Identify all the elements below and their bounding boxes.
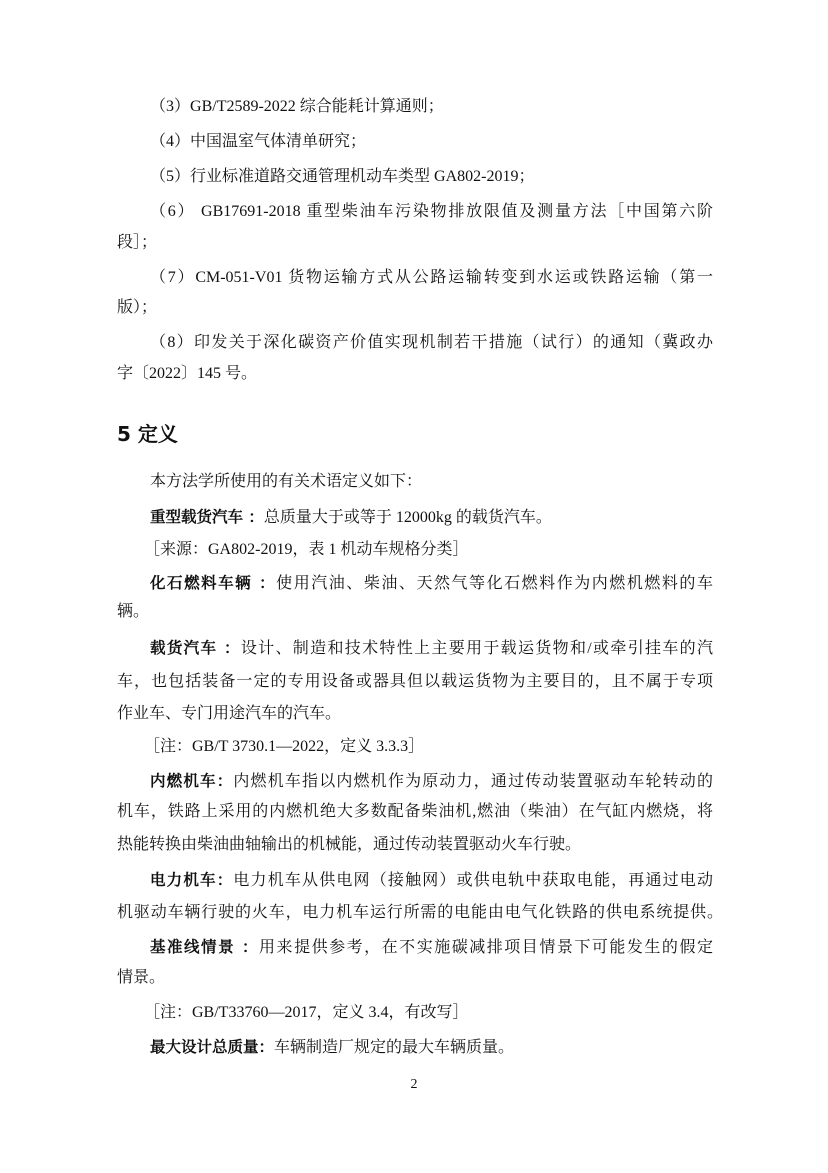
ref-label: （5）	[150, 168, 190, 185]
term-text: 设计、制造和技术特性上主要用于载运货物和/或牵引挂车的汽	[241, 640, 713, 657]
term-text: 用来提供参考，在不实施碳减排项目情景下可能发生的假定	[259, 939, 713, 956]
section-heading: 5 定义	[117, 422, 178, 446]
term-text: 使用汽油、柴油、天然气等化石燃料作为内燃机燃料的车	[276, 575, 713, 592]
ref-text: GB17691-2018 重型柴油车污染物排放限值及测量方法［中国第六阶	[195, 203, 713, 220]
ref-text: CM-051-V01 货物运输方式从公路运输转变到水运或铁路运输（第一	[195, 269, 713, 286]
term-name: 最大设计总质量	[150, 1038, 259, 1056]
term-text-cont: 机车，铁路上采用的内燃机绝大多数配备柴油机,燃油（柴油）在气缸内燃烧，将	[117, 802, 713, 822]
term-sep: ：	[259, 1038, 275, 1056]
term-definition: 化石燃料车辆 ：使用汽油、柴油、天然气等化石燃料作为内燃机燃料的车	[150, 573, 713, 594]
term-text-cont: 机驱动车辆行驶的火车，电力机车运行所需的电能由电气化铁路的供电系统提供。	[117, 903, 723, 923]
term-definition: 内燃机车：内燃机车指以内燃机作为原动力，通过传动装置驱动车轮转动的	[150, 771, 713, 792]
term-definition: 最大设计总质量：车辆制造厂规定的最大车辆质量。	[150, 1037, 713, 1058]
term-sep: ：	[217, 639, 241, 657]
ref-label: （6）	[150, 203, 195, 220]
page-number: 2	[0, 1077, 828, 1093]
ref-text: GB/T2589-2022 综合能耗计算通则；	[190, 98, 444, 115]
term-text: 内燃机车指以内燃机作为原动力，通过传动装置驱动车轮转动的	[233, 773, 713, 790]
term-text: 车辆制造厂规定的最大车辆质量。	[274, 1039, 514, 1056]
term-name: 内燃机车	[150, 772, 217, 790]
term-name: 基准线情景	[150, 938, 235, 956]
reference-item-5: （5）行业标准道路交通管理机动车类型 GA802-2019；	[150, 167, 713, 187]
term-sep: ：	[217, 772, 234, 790]
ref-label: （4）	[150, 133, 190, 150]
section-intro: 本方法学所使用的有关术语定义如下：	[150, 472, 713, 492]
term-note: ［来源：GA802-2019，表 1 机动车规格分类］	[144, 540, 707, 560]
term-name: 电力机车	[150, 871, 217, 889]
ref-text: 行业标准道路交通管理机动车类型 GA802-2019；	[190, 168, 534, 185]
term-text-cont: 热能转换由柴油曲轴输出的机械能，通过传动装置驱动火车行驶。	[117, 835, 713, 855]
term-text: 电力机车从供电网（接触网）或供电轨中获取电能，再通过电动	[233, 872, 713, 889]
term-text-cont: 作业车、专门用途汽车的汽车。	[117, 704, 713, 724]
term-note: ［注：GB/T33760—2017，定义 3.4，有改写］	[144, 1003, 707, 1023]
term-text: 总质量大于或等于 12000kg 的载货汽车。	[264, 509, 552, 526]
term-definition: 电力机车：电力机车从供电网（接触网）或供电轨中获取电能，再通过电动	[150, 870, 713, 891]
term-text-cont: 情景。	[117, 968, 713, 988]
term-definition: 重型载货汽车 ：总质量大于或等于 12000kg 的载货汽车。	[150, 507, 713, 528]
ref-text: 印发关于深化碳资产价值实现机制若干措施（试行）的通知（冀政办	[194, 334, 713, 351]
reference-item-4: （4）中国温室气体清单研究；	[150, 132, 713, 152]
reference-item-8: （8）印发关于深化碳资产价值实现机制若干措施（试行）的通知（冀政办	[150, 333, 713, 353]
ref-text: 中国温室气体清单研究；	[190, 133, 366, 150]
term-text-cont: 车，也包括装备一定的专用设备或器具但以载运货物为主要目的，且不属于专项	[117, 672, 713, 692]
term-sep: ：	[217, 871, 234, 889]
term-note: ［注：GB/T 3730.1—2022，定义 3.3.3］	[144, 737, 707, 757]
reference-item-7-cont: 版）；	[117, 298, 713, 318]
ref-label: （7）	[150, 269, 195, 286]
ref-label: （3）	[150, 98, 190, 115]
reference-item-7: （7）CM-051-V01 货物运输方式从公路运输转变到水运或铁路运输（第一	[150, 268, 713, 288]
term-name: 重型载货汽车	[150, 508, 243, 526]
term-sep: ：	[252, 574, 276, 592]
term-text-cont: 辆。	[117, 602, 713, 622]
term-definition: 载货汽车 ：设计、制造和技术特性上主要用于载运货物和/或牵引挂车的汽	[150, 638, 713, 659]
reference-item-6: （6） GB17691-2018 重型柴油车污染物排放限值及测量方法［中国第六阶	[150, 202, 713, 222]
term-name: 化石燃料车辆	[150, 574, 252, 592]
term-sep: ：	[235, 938, 259, 956]
term-sep: ：	[243, 508, 264, 526]
reference-item-3: （3）GB/T2589-2022 综合能耗计算通则；	[150, 97, 713, 117]
reference-item-8-cont: 字〔2022〕145 号。	[117, 364, 713, 384]
reference-item-6-cont: 段］；	[117, 233, 713, 253]
term-definition: 基准线情景 ：用来提供参考，在不实施碳减排项目情景下可能发生的假定	[150, 937, 713, 958]
term-name: 载货汽车	[150, 639, 217, 657]
ref-label: （8）	[150, 334, 194, 351]
